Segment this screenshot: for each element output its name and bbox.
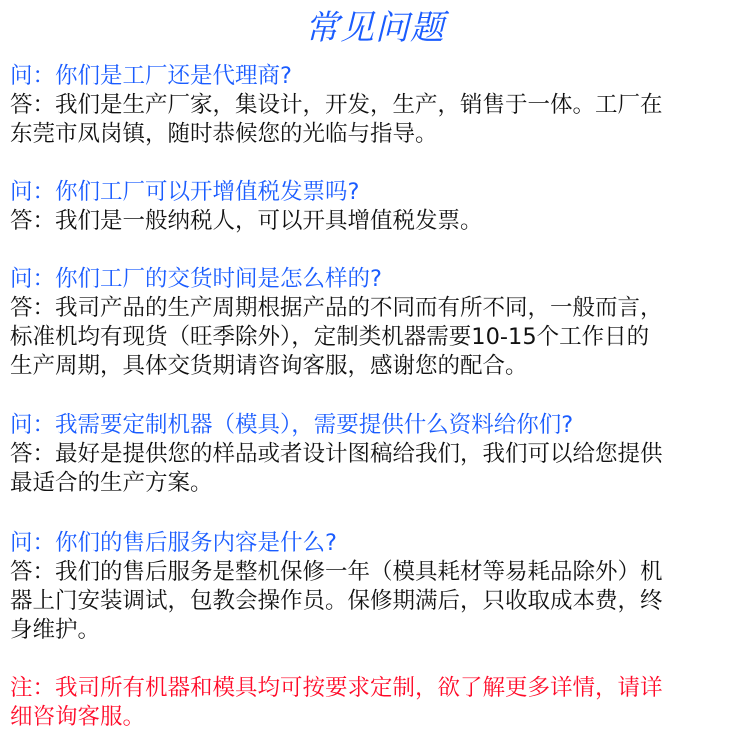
customization-note: 注：我司所有机器和模具均可按要求定制，欲了解更多详情，请详 细咨询客服。 (10, 674, 740, 732)
faq-question: 问：你们的售后服务内容是什么? (10, 529, 740, 558)
faq-item-vat-invoice: 问：你们工厂可以开增值税发票吗? 答：我们是一般纳税人，可以开具增值税发票。 (10, 178, 740, 236)
answer-line: 答：我们是生产厂家，集设计，开发，生产，销售于一体。工厂在 (10, 91, 740, 120)
faq-question: 问：你们是工厂还是代理商? (10, 62, 740, 91)
note-line: 注：我司所有机器和模具均可按要求定制，欲了解更多详情，请详 (10, 674, 740, 703)
answer-line: 答：我们的售后服务是整机保修一年（模具耗材等易耗品除外）机 (10, 558, 740, 587)
faq-item-delivery-time: 问：你们工厂的交货时间是怎么样的? 答：我司产品的生产周期根据产品的不同而有所不… (10, 265, 740, 381)
answer-line: 标准机均有现货（旺季除外），定制类机器需要10-15个工作日的 (10, 323, 740, 352)
faq-answer: 答：我们是生产厂家，集设计，开发，生产，销售于一体。工厂在 东莞市凤岗镇，随时恭… (10, 91, 740, 149)
answer-line: 生产周期，具体交货期请咨询客服，感谢您的配合。 (10, 352, 740, 381)
faq-item-after-sales: 问：你们的售后服务内容是什么? 答：我们的售后服务是整机保修一年（模具耗材等易耗… (10, 529, 740, 645)
faq-item-customization: 问：我需要定制机器（模具），需要提供什么资料给你们? 答：最好是提供您的样品或者… (10, 411, 740, 498)
answer-line: 身维护。 (10, 616, 740, 645)
answer-line: 答：我司产品的生产周期根据产品的不同而有所不同，一般而言， (10, 294, 740, 323)
note-line: 细咨询客服。 (10, 703, 740, 732)
faq-answer: 答：我们是一般纳税人，可以开具增值税发票。 (10, 207, 740, 236)
answer-line: 器上门安装调试，包教会操作员。保修期满后，只收取成本费，终 (10, 587, 740, 616)
faq-question: 问：你们工厂的交货时间是怎么样的? (10, 265, 740, 294)
answer-line: 答：我们是一般纳税人，可以开具增值税发票。 (10, 207, 740, 236)
faq-answer: 答：我司产品的生产周期根据产品的不同而有所不同，一般而言， 标准机均有现货（旺季… (10, 294, 740, 381)
page-title: 常见问题 (0, 6, 750, 50)
answer-line: 答：最好是提供您的样品或者设计图稿给我们，我们可以给您提供 (10, 440, 740, 469)
faq-answer: 答：最好是提供您的样品或者设计图稿给我们，我们可以给您提供 最适合的生产方案。 (10, 440, 740, 498)
faq-answer: 答：我们的售后服务是整机保修一年（模具耗材等易耗品除外）机 器上门安装调试，包教… (10, 558, 740, 645)
answer-line: 最适合的生产方案。 (10, 469, 740, 498)
faq-item-factory-or-agent: 问：你们是工厂还是代理商? 答：我们是生产厂家，集设计，开发，生产，销售于一体。… (10, 62, 740, 149)
faq-question: 问：你们工厂可以开增值税发票吗? (10, 178, 740, 207)
faq-question: 问：我需要定制机器（模具），需要提供什么资料给你们? (10, 411, 740, 440)
answer-line: 东莞市凤岗镇，随时恭候您的光临与指导。 (10, 120, 740, 149)
